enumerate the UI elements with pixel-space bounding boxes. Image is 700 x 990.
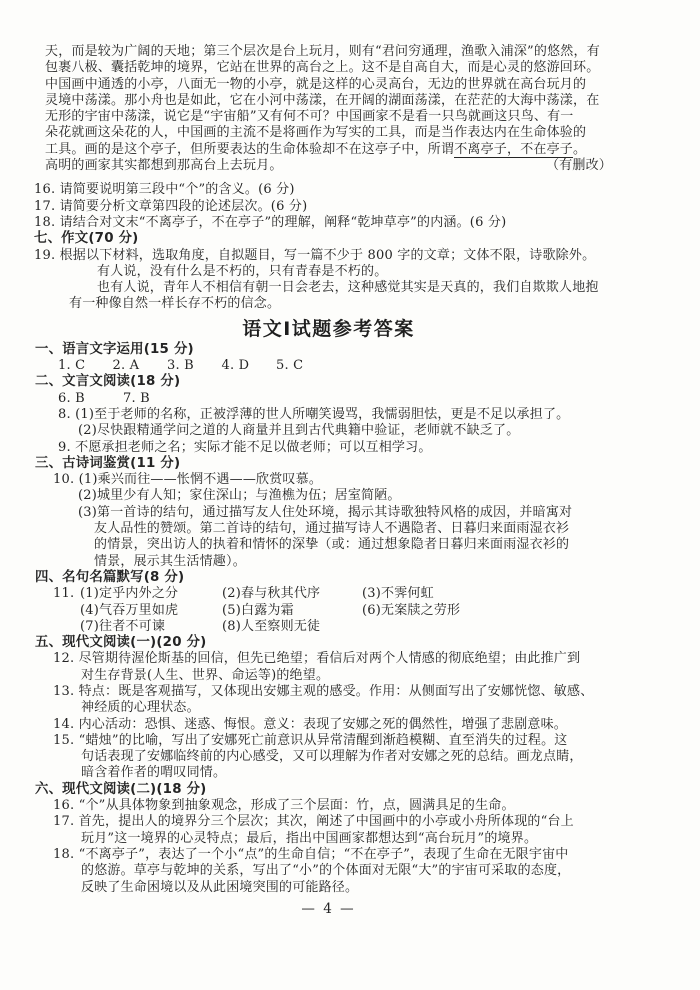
recitation-answer: (6)无案牍之劳形 [362, 603, 460, 618]
recitation-answer: (1)定乎内外之分 [80, 586, 222, 602]
reading-passage: 天，而是较为广阔的天地；第三个层次是台上玩月，则有“君问穷通理，渔歌入浦深”的悠… [0, 44, 700, 174]
answer-17-line: 玩月”这一境界的心灵特点；最后，指出中国画家都想达到“高台玩月”的境界。 [0, 831, 700, 847]
answer-10-line: 10. (1)乘兴而往——怅惘不遇——欣赏叹慕。 [0, 472, 700, 488]
passage-text: 高明的画家其实都想到那高台上去玩月。 [45, 158, 283, 174]
section-heading-1: 一、语言文字运用(15 分) [0, 342, 700, 358]
passage-line: 中国画中通透的小亭，八面无一物的小亭，就是这样的心灵高台，无边的世界就在高台玩月… [0, 77, 700, 93]
question-16: 16. 请简要说明第三段中“个”的含义。(6 分) [0, 182, 700, 198]
mc-answer: 7. B [123, 391, 150, 406]
edit-note: （有删改） [546, 158, 612, 174]
recitation-answer: (5)白露为霜 [222, 603, 362, 619]
passage-line: 包裹八极、囊括乾坤的境界，它站在世界的高台之上。这不是自高自大，而是心灵的悠游回… [0, 60, 700, 76]
answer-10-line: 友人品性的赞颂。第二首诗的结句，通过描写诗人不遇隐者、日暮归来面雨湿衣衫 [0, 521, 700, 537]
question-17: 17. 请简要分析文章第四段的论述层次。(6 分) [0, 199, 700, 215]
question-19: 19. 根据以下材料，选取角度，自拟题目，写一篇不少于 800 字的文章；文体不… [0, 248, 700, 264]
passage-line: 灵境中荡漾。那小舟也是如此，它在小河中荡漾，在开阔的湖面荡漾，在茫茫的大海中荡漾… [0, 93, 700, 109]
answer-10-line: (2)城里少有人知；家住深山；与渔樵为伍；居室简陋。 [0, 488, 700, 504]
answer-14: 14. 内心活动：恐惧、迷惑、悔恨。意义：表现了安娜之死的偶然性，增强了悲剧意味… [0, 717, 700, 733]
section-heading-6: 六、现代文阅读(二)(18 分) [0, 782, 700, 798]
answer-18-line: 反映了生命困境以及从此困境突围的可能路径。 [0, 880, 700, 896]
answer-15-line: 暗含着作者的喟叹同情。 [0, 765, 700, 781]
answer-18-line: 18. “不离亭子”，表达了一个小“点”的生命自信；“不在亭子”，表现了生命在无… [0, 847, 700, 863]
passage-line: 天，而是较为广阔的天地；第三个层次是台上玩月，则有“君问穷通理，渔歌入浦深”的悠… [0, 44, 700, 60]
answer-15-line: 句话表现了安娜临终前的内心感受，又可以理解为作者对安娜之死的总结。画龙点睛， [0, 749, 700, 765]
mc-answers-6-7: 6. B7. B [0, 391, 700, 407]
section-heading-3: 三、古诗词鉴赏(11 分) [0, 456, 700, 472]
writing-material-line: 有人说，没有什么是不朽的，只有青春是不朽的。 [0, 264, 700, 280]
answer-16: 16. “个”从具体物象到抽象观念，形成了三个层面：竹，点，圆满具足的生命。 [0, 798, 700, 814]
answer-15-line: 15. “蜡烛”的比喻，写出了安娜死亡前意识从异常清醒到渐趋模糊、直至消失的过程… [0, 733, 700, 749]
passage-line: 高明的画家其实都想到那高台上去玩月。 （有删改） [0, 158, 700, 174]
recitation-answer: (3)不霁何虹 [362, 586, 434, 601]
section-heading-writing: 七、作文(70 分) [0, 231, 700, 247]
section-heading-4: 四、名句名篇默写(8 分) [0, 570, 700, 586]
section-heading-2: 二、文言文阅读(18 分) [0, 374, 700, 390]
passage-text: 工具。画的是这个亭子，但所要表达的生命体验却不在这亭子中，所谓 [45, 142, 454, 157]
mc-answers-1-5: 1. C2. A3. B4. D5. C [0, 358, 700, 374]
recitation-answer: (8)人至察则无徒 [222, 619, 320, 634]
answer-12-line: 12. 尽管期待渥伦斯基的回信，但先已绝望；看信后对两个人情感的彻底绝望；由此推… [0, 651, 700, 667]
answer-17-line: 17. 首先，提出人的境界分三个层次；其次，阐述了中国画中的小亭或小舟所体现的“… [0, 814, 700, 830]
passage-text: 。 [573, 142, 586, 157]
answer-9: 9. 不愿承担老师之名；实际才能不足以做老师；可以互相学习。 [0, 440, 700, 456]
answer-11-line: 11.(1)定乎内外之分(2)春与秋其代序(3)不霁何虹 [0, 586, 700, 602]
answer-8-line: 8. (1)至于老师的名称，正被浮薄的世人所嘲笑谩骂，我懦弱胆怯，更是不足以承担… [0, 407, 700, 423]
mc-answer: 2. A [113, 358, 168, 374]
answer-10-line: 情景，展示其生活情趣）。 [0, 554, 700, 570]
mc-answer: 1. C [58, 358, 113, 374]
mc-answer: 3. B [167, 358, 222, 374]
answer-11-line: (7)往者不可谏(8)人至察则无徒 [0, 619, 700, 635]
mc-answer: 6. B [58, 391, 123, 407]
answer-10-line: (3)第一首诗的结句，通过描写友人住处环境，揭示其诗歌独特风格的成因，并暗寓对 [0, 505, 700, 521]
underlined-phrase: 不离亭子，不在亭子 [454, 142, 573, 159]
mc-answer: 5. C [276, 358, 303, 373]
passage-line: 朵花就画这朵花的人，中国画的主流不是将画作为写实的工具，而是当作表达内在生命体验… [0, 125, 700, 141]
answer-key-title: 语文Ⅰ试题参考答案 [0, 313, 700, 342]
answer-11-line: (4)气吞万里如虎(5)白露为霜(6)无案牍之劳形 [0, 603, 700, 619]
recitation-answer: (2)春与秋其代序 [222, 586, 362, 602]
passage-line: 工具。画的是这个亭子，但所要表达的生命体验却不在这亭子中，所谓不离亭子，不在亭子… [0, 142, 700, 158]
passage-line: 无形的宇宙中荡漾，说它是“宇宙船”又有何不可？中国画家不是看一只鸟就画这只鸟、有… [0, 109, 700, 125]
answer-number: 11. [53, 586, 80, 602]
answer-8-line: (2)尽快跟精通学问之道的人商量并且到古代典籍中验证，老师就不缺乏了。 [0, 423, 700, 439]
answer-12-line: 对生存背景(人生、世界、命运等)的绝望。 [0, 668, 700, 684]
answer-key-section: 一、语言文字运用(15 分) 1. C2. A3. B4. D5. C 二、文言… [0, 342, 700, 896]
writing-material-line: 也有人说，青年人不相信有朝一日会老去，这种感觉其实是天真的，我们自欺欺人地抱 [0, 280, 700, 296]
exam-paper-page: 天，而是较为广阔的天地；第三个层次是台上玩月，则有“君问穷通理，渔歌入浦深”的悠… [0, 0, 700, 990]
recitation-answer: (7)往者不可谏 [80, 619, 222, 635]
writing-material-line: 有一种像自然一样长存不朽的信念。 [0, 296, 700, 312]
mc-answer: 4. D [222, 358, 277, 374]
page-number: — 4 — [45, 901, 612, 917]
answer-13-line: 13. 特点：既是客观描写，又体现出安娜主观的感受。作用：从侧面写出了安娜恍惚、… [0, 684, 700, 700]
answer-13-line: 神经质的心理状态。 [0, 700, 700, 716]
answer-18-line: 的悠游。草亭与乾坤的关系，写出了“小”的个体面对无限“大”的宇宙可采取的态度， [0, 863, 700, 879]
answer-10-line: 的情景，突出访人的执着和情怀的深挚（或：通过想象隐者日暮归来面雨湿衣衫的 [0, 537, 700, 553]
questions-section: 16. 请简要说明第三段中“个”的含义。(6 分) 17. 请简要分析文章第四段… [0, 182, 700, 312]
recitation-answer: (4)气吞万里如虎 [80, 603, 222, 619]
section-heading-5: 五、现代文阅读(一)(20 分) [0, 635, 700, 651]
question-18: 18. 请结合对文末“不离亭子，不在亭子”的理解，阐释“乾坤草亭”的内涵。(6 … [0, 215, 700, 231]
